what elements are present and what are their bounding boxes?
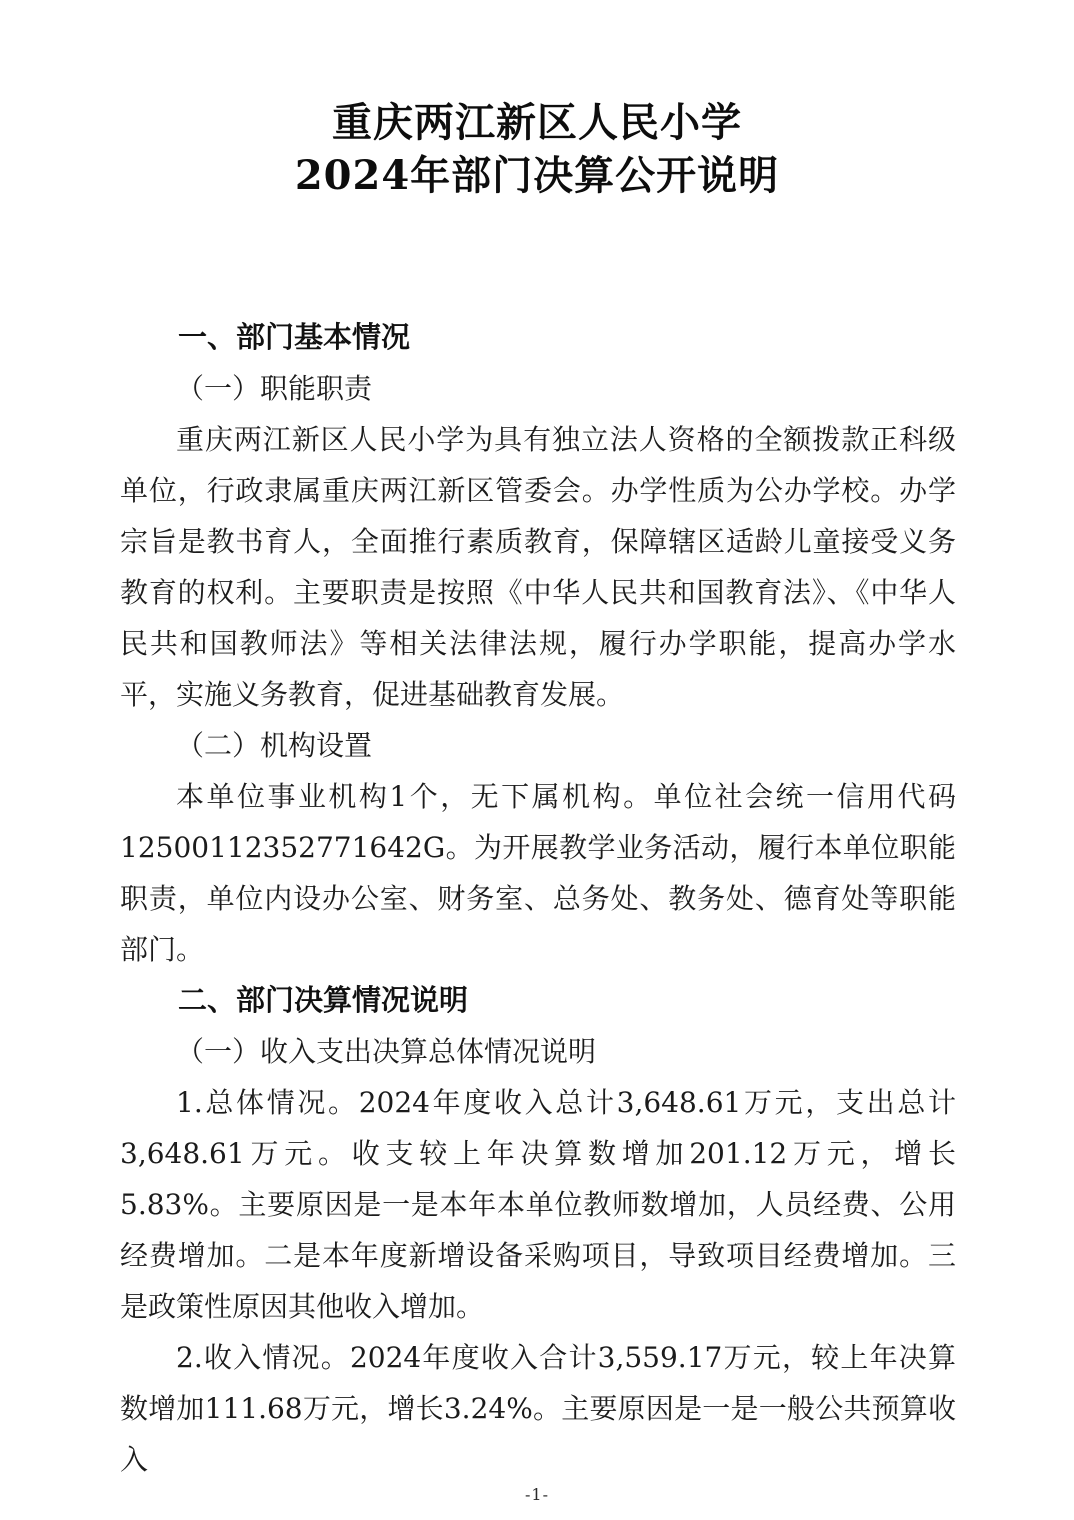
subheading-overall-budget: （一）收入支出决算总体情况说明	[120, 1026, 956, 1077]
paragraph-organization: 本单位事业机构1个，无下属机构。单位社会统一信用代码12500112352771…	[120, 771, 956, 975]
subheading-organization: （二）机构设置	[120, 720, 956, 771]
heading-section-one: 一、部门基本情况	[120, 312, 956, 363]
document-title-line-1: 重庆两江新区人民小学	[0, 96, 1074, 149]
page-footer: -1-	[0, 1485, 1074, 1504]
paragraph-overall-situation: 1.总体情况。2024年度收入总计3,648.61万元，支出总计3,648.61…	[120, 1077, 956, 1332]
paragraph-income-situation: 2.收入情况。2024年度收入合计3,559.17万元，较上年决算数增加111.…	[120, 1332, 956, 1485]
heading-section-two: 二、部门决算情况说明	[120, 975, 956, 1026]
document-page: 重庆两江新区人民小学 2024年部门决算公开说明 一、部门基本情况 （一）职能职…	[0, 0, 1074, 1520]
document-title-block: 重庆两江新区人民小学 2024年部门决算公开说明	[0, 0, 1074, 202]
document-body: 一、部门基本情况 （一）职能职责 重庆两江新区人民小学为具有独立法人资格的全额拨…	[120, 312, 956, 1485]
paragraph-duties: 重庆两江新区人民小学为具有独立法人资格的全额拨款正科级单位，行政隶属重庆两江新区…	[120, 414, 956, 720]
page-number: -1-	[525, 1485, 549, 1504]
subheading-duties: （一）职能职责	[120, 363, 956, 414]
document-title-line-2: 2024年部门决算公开说明	[0, 149, 1074, 202]
